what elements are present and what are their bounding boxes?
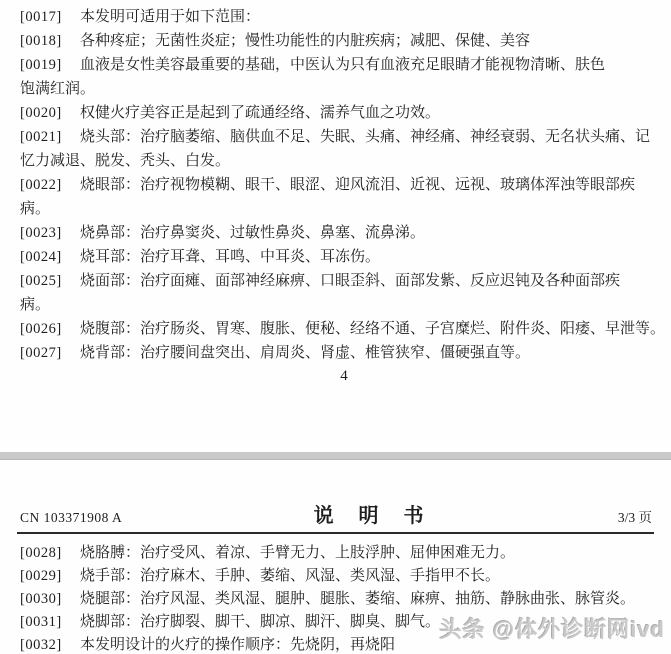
- publication-number: CN 103371908 A: [20, 510, 122, 526]
- paragraph-number: [0023]: [20, 221, 80, 245]
- paragraph-0024: [0024]烧耳部：治疗耳聋、耳鸣、中耳炎、耳冻伤。: [20, 245, 668, 269]
- paragraph-number: [0025]: [20, 269, 80, 293]
- header-rule: [17, 532, 654, 534]
- patent-document-page: [0017]本发明可适用于如下范围： [0018]各种疼症；无菌性炎症；慢性功能…: [0, 0, 671, 654]
- paragraph-text: 各种疼症；无菌性炎症；慢性功能性的内脏疾病；减肥、保健、美容: [80, 33, 530, 49]
- paragraph-text: 烧脚部：治疗脚裂、脚干、脚凉、脚汗、脚臭、脚气。: [80, 614, 440, 630]
- paragraph-number: [0026]: [20, 317, 80, 341]
- paragraph-text: 本发明可适用于如下范围：: [80, 9, 260, 25]
- paragraph-text: 血液是女性美容最重要的基础，中医认为只有血液充足眼睛才能视物清晰、肤色 饱满红润…: [20, 57, 605, 97]
- paragraph-0028: [0028]烧胳膊：治疗受风、着凉、手臂无力、上肢浮肿、屈伸困难无力。: [20, 542, 668, 565]
- paragraph-text: 烧眼部：治疗视物模糊、眼干、眼涩、迎风流泪、近视、远视、玻璃体浑浊等眼部疾 病。: [20, 177, 635, 217]
- paragraph-text: 烧背部：治疗腰间盘突出、肩周炎、肾虚、椎管狭窄、僵硬强直等。: [80, 345, 530, 361]
- paragraph-0018: [0018]各种疼症；无菌性炎症；慢性功能性的内脏疾病；减肥、保健、美容: [20, 29, 668, 53]
- paragraph-0019: [0019]血液是女性美容最重要的基础，中医认为只有血液充足眼睛才能视物清晰、肤…: [20, 53, 668, 101]
- paragraph-0025: [0025]烧面部：治疗面瘫、面部神经麻痹、口眼歪斜、面部发紫、反应迟钝及各种面…: [20, 269, 668, 317]
- paragraph-text: 烧腿部：治疗风湿、类风湿、腿肿、腿胀、萎缩、麻痹、抽筋、静脉曲张、脉管炎。: [80, 591, 635, 607]
- paragraph-number: [0030]: [20, 588, 80, 611]
- paragraph-0021: [0021]烧头部：治疗脑萎缩、脑供血不足、失眠、头痛、神经痛、神经衰弱、无名状…: [20, 125, 668, 173]
- page-header: CN 103371908 A 说 明 书 3/3 页: [20, 499, 652, 528]
- paragraph-number: [0028]: [20, 542, 80, 565]
- paragraph-0020: [0020]权健火疗美容正是起到了疏通经络、濡养气血之功效。: [20, 101, 668, 125]
- paragraph-number: [0021]: [20, 125, 80, 149]
- paragraph-number: [0027]: [20, 341, 80, 365]
- paragraph-text: 烧面部：治疗面瘫、面部神经麻痹、口眼歪斜、面部发紫、反应迟钝及各种面部疾 病。: [20, 273, 620, 313]
- paragraph-number: [0017]: [20, 5, 80, 29]
- paragraph-number: [0019]: [20, 53, 80, 77]
- paragraph-number: [0022]: [20, 173, 80, 197]
- paragraph-number: [0031]: [20, 611, 80, 634]
- paragraph-number: [0024]: [20, 245, 80, 269]
- paragraph-0030: [0030]烧腿部：治疗风湿、类风湿、腿肿、腿胀、萎缩、麻痹、抽筋、静脉曲张、脉…: [20, 588, 668, 611]
- paragraph-text: 烧耳部：治疗耳聋、耳鸣、中耳炎、耳冻伤。: [80, 249, 380, 265]
- paragraph-0022: [0022]烧眼部：治疗视物模糊、眼干、眼涩、迎风流泪、近视、远视、玻璃体浑浊等…: [20, 173, 668, 221]
- paragraph-text: 烧头部：治疗脑萎缩、脑供血不足、失眠、头痛、神经痛、神经衰弱、无名状头痛、记 忆…: [20, 129, 650, 169]
- page-top-text-block: [0017]本发明可适用于如下范围： [0018]各种疼症；无菌性炎症；慢性功能…: [20, 5, 668, 385]
- paragraph-0027: [0027]烧背部：治疗腰间盘突出、肩周炎、肾虚、椎管狭窄、僵硬强直等。: [20, 341, 668, 365]
- page-indicator: 3/3 页: [618, 506, 652, 526]
- paragraph-text: 烧胳膊：治疗受风、着凉、手臂无力、上肢浮肿、屈伸困难无力。: [80, 545, 515, 561]
- paragraph-text: 权健火疗美容正是起到了疏通经络、濡养气血之功效。: [80, 105, 440, 121]
- paragraph-0023: [0023]烧鼻部：治疗鼻窦炎、过敏性鼻炎、鼻塞、流鼻涕。: [20, 221, 668, 245]
- paragraph-0029: [0029]烧手部：治疗麻木、手肿、萎缩、风湿、类风湿、手指甲不长。: [20, 565, 668, 588]
- watermark-text: 头条 @体外诊断网ivd: [440, 613, 665, 644]
- paragraph-0026: [0026]烧腹部：治疗肠炎、胃寒、腹胀、便秘、经络不通、子宫糜烂、附件炎、阳痿…: [20, 317, 668, 341]
- page-separator-band: [0, 452, 671, 460]
- paragraph-text: 烧腹部：治疗肠炎、胃寒、腹胀、便秘、经络不通、子宫糜烂、附件炎、阳痿、早泄等。: [80, 321, 665, 337]
- paragraph-number: [0020]: [20, 101, 80, 125]
- paragraph-number: [0029]: [20, 565, 80, 588]
- paragraph-0017: [0017]本发明可适用于如下范围：: [20, 5, 668, 29]
- paragraph-text: 烧鼻部：治疗鼻窦炎、过敏性鼻炎、鼻塞、流鼻涕。: [80, 225, 425, 241]
- sheet-page-number: 4: [20, 368, 668, 385]
- document-title: 说 明 书: [314, 499, 427, 528]
- paragraph-text: 烧手部：治疗麻木、手肿、萎缩、风湿、类风湿、手指甲不长。: [80, 568, 500, 584]
- paragraph-number: [0018]: [20, 29, 80, 53]
- paragraph-number: [0032]: [20, 634, 80, 654]
- paragraph-text: 本发明设计的火疗的操作顺序：先烧阴，再烧阳: [80, 637, 395, 653]
